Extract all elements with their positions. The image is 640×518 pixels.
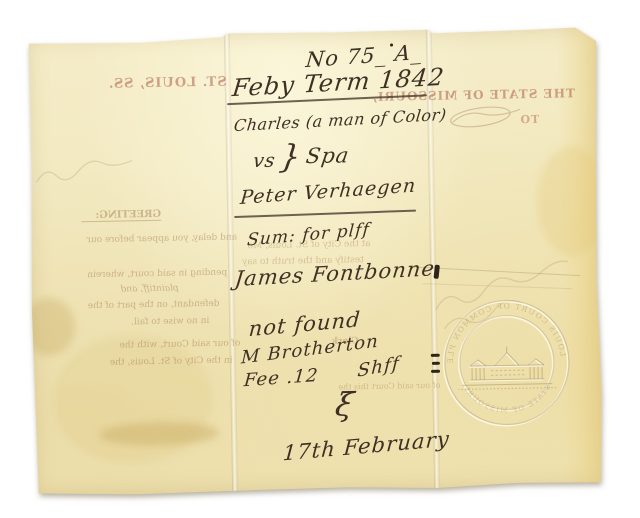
bleed-line: in no wise to fail. [131,316,209,327]
ink-mark [432,362,440,365]
bleed-line: of our said Court, with the [119,338,240,350]
bleed-line: defendant, on the part of the [88,299,220,311]
ghost-handwriting [32,152,143,194]
bleed-line: and delay, you appear before our [86,232,237,245]
bleed-greeting: GREETING: [81,209,161,222]
fee-note: Fee .12 [243,365,319,391]
bleed-county-header: ST. LOUIS, SS. [75,75,227,93]
seal-ring-text-top: ST. LOUIS COURT OF COMMON PLEAS [444,286,583,365]
defendant-underline [234,210,416,219]
embossed-court-seal: ST. LOUIS COURT OF COMMON PLEAS STATE OF… [431,286,584,439]
ghost-signature [442,101,528,133]
stain [23,297,76,356]
bleed-line: pending in said court, wherein [87,268,227,281]
bleed-state-header: THE STATE OF MISSOURI, [435,86,575,103]
case-brace: } [277,137,303,175]
filing-date: 17th February [282,427,451,466]
bleed-line: in the City of St. Louis, the [110,356,233,368]
flourish-mark: ξ [333,385,357,423]
stain [51,333,213,466]
ink-mark [431,370,440,373]
svg-text:ST. LOUIS COURT OF COMMON PLEA: ST. LOUIS COURT OF COMMON PLEAS [444,286,583,365]
sheriff-title: Shff [357,353,400,382]
ink-mark [431,354,440,357]
seal-ring-text-bottom: STATE OF MISSOURI [462,383,553,415]
svg-text:STATE OF MISSOURI: STATE OF MISSOURI [462,383,553,415]
scanned-document-page: ST. LOUIS, SS. GREETING: and delay, you … [0,0,640,518]
plaintiff-name: Charles (a man of Color) [233,105,448,135]
bleed-line: plaintiff, and [120,284,178,295]
paper-shadow: ST. LOUIS, SS. GREETING: and delay, you … [0,0,640,518]
vs-label: vs [252,150,278,172]
folded-court-document: ST. LOUIS, SS. GREETING: and delay, you … [26,26,604,496]
defendant-name: Peter Verhaegen [239,175,417,209]
writ-type: Spa [304,143,351,168]
seal-courthouse-emblem [458,346,557,390]
